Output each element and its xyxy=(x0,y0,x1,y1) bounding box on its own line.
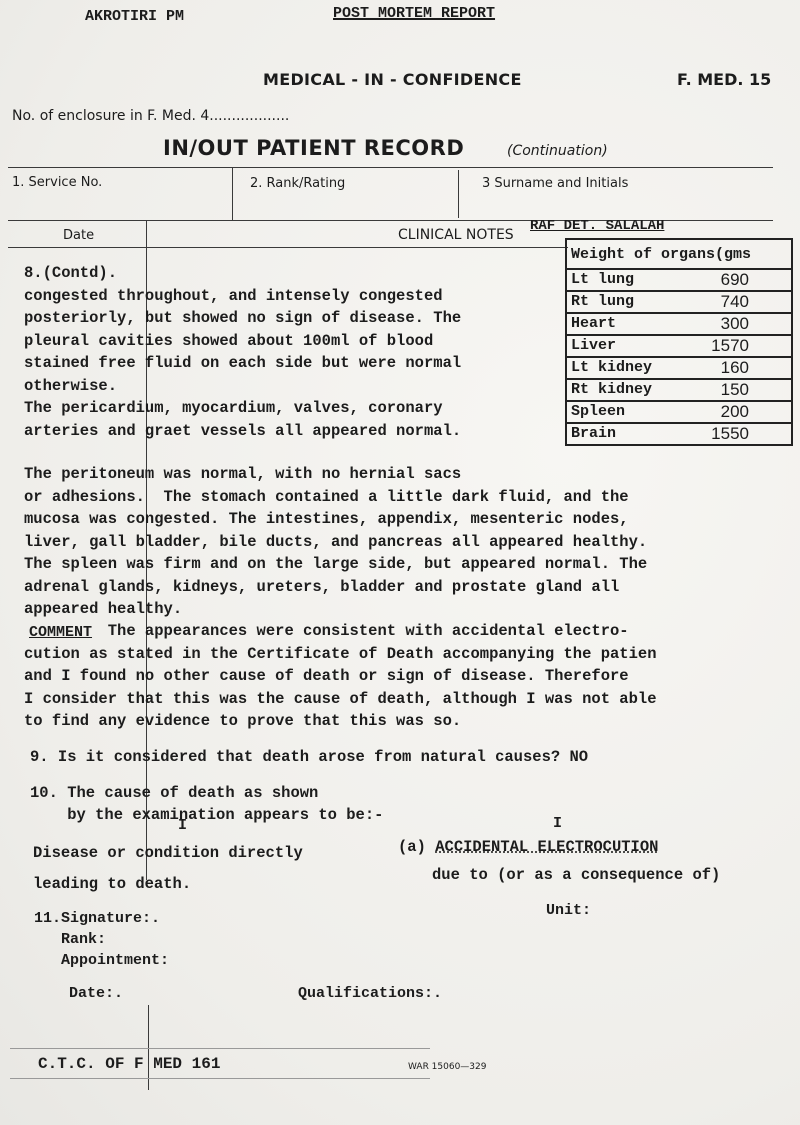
organ-name: Liver xyxy=(566,335,682,357)
record-subtitle: (Continuation) xyxy=(507,143,608,159)
organ-weight: 150 xyxy=(682,379,792,401)
organ-name: Rt kidney xyxy=(566,379,682,401)
organ-row: Spleen200 xyxy=(566,401,792,423)
organ-row: Liver1570 xyxy=(566,335,792,357)
qualifications-label: Qualifications:. xyxy=(298,985,442,1002)
date-label: Date:. xyxy=(69,985,123,1002)
form-rule-top xyxy=(8,167,773,168)
organ-weight: 200 xyxy=(682,401,792,423)
comment-text: The appearances were consistent with acc… xyxy=(24,620,657,733)
location-label: AKROTIRI PM xyxy=(85,8,184,25)
print-reference: WAR 15060—329 xyxy=(408,1062,487,1072)
question-10: 10. The cause of death as shown by the e… xyxy=(30,782,383,826)
service-no-label: 1. Service No. xyxy=(12,175,102,190)
organ-weights-table: Weight of organs(gms Lt lung690Rt lung74… xyxy=(565,238,793,446)
organ-row: Brain1550 xyxy=(566,423,792,445)
form-rule-bottom xyxy=(8,247,568,248)
organ-row: Lt lung690 xyxy=(566,269,792,291)
form-id: F. MED. 15 xyxy=(677,70,771,89)
form-divider-2 xyxy=(458,170,459,218)
date-column-header: Date xyxy=(63,228,94,243)
disease-label: Disease or condition directly leading to… xyxy=(33,838,303,900)
due-to-label: due to (or as a consequence of) xyxy=(432,866,720,884)
unit-label: Unit: xyxy=(546,902,591,919)
clinical-notes-abdomen: The peritoneum was normal, with no herni… xyxy=(24,463,647,621)
organ-name: Lt kidney xyxy=(566,357,682,379)
document-title: POST MORTEM REPORT xyxy=(333,5,495,22)
organ-name: Brain xyxy=(566,423,682,445)
organ-name: Spleen xyxy=(566,401,682,423)
record-title: IN/OUT PATIENT RECORD xyxy=(163,136,464,160)
cause-prefix: (a) xyxy=(398,838,435,856)
organ-name: Heart xyxy=(566,313,682,335)
footer-rule-top xyxy=(10,1048,430,1049)
classification-label: MEDICAL - IN - CONFIDENCE xyxy=(263,70,522,89)
clinical-notes-thorax: 8.(Contd). congested throughout, and int… xyxy=(24,262,461,442)
organ-weight: 300 xyxy=(682,313,792,335)
organ-row: Lt kidney160 xyxy=(566,357,792,379)
enclosure-line: No. of enclosure in F. Med. 4...........… xyxy=(12,108,289,124)
clinical-notes-header: CLINICAL NOTES xyxy=(398,227,514,243)
organ-name: Lt lung xyxy=(566,269,682,291)
question-9: 9. Is it considered that death arose fro… xyxy=(30,748,588,766)
cause-of-death: (a) ACCIDENTAL ELECTROCUTION xyxy=(398,838,658,856)
organ-row: Rt lung740 xyxy=(566,291,792,313)
organ-weight: 690 xyxy=(682,269,792,291)
organ-row: Heart300 xyxy=(566,313,792,335)
organ-name: Rt lung xyxy=(566,291,682,313)
cause-value: ACCIDENTAL ELECTROCUTION xyxy=(435,838,658,856)
copy-note: C.T.C. OF F MED 161 xyxy=(38,1055,220,1073)
organ-weight: 1570 xyxy=(682,335,792,357)
organ-weights-title: Weight of organs(gms xyxy=(566,239,792,269)
surname-label: 3 Surname and Initials xyxy=(482,176,628,191)
organ-weight: 740 xyxy=(682,291,792,313)
unit-stamp: RAF DET. SALALAH xyxy=(530,218,664,234)
form-divider-1 xyxy=(232,168,233,220)
organ-weight: 160 xyxy=(682,357,792,379)
organ-weight: 1550 xyxy=(682,423,792,445)
rank-rating-label: 2. Rank/Rating xyxy=(250,176,345,191)
footer-rule-bottom xyxy=(10,1078,430,1079)
marker-i-left: I xyxy=(178,817,187,834)
marker-i-right: I xyxy=(553,815,562,832)
post-mortem-report-page: AKROTIRI PM POST MORTEM REPORT MEDICAL -… xyxy=(0,0,800,1125)
organ-row: Rt kidney150 xyxy=(566,379,792,401)
signature-block: 11.Signature:. Rank: Appointment: xyxy=(34,908,169,971)
